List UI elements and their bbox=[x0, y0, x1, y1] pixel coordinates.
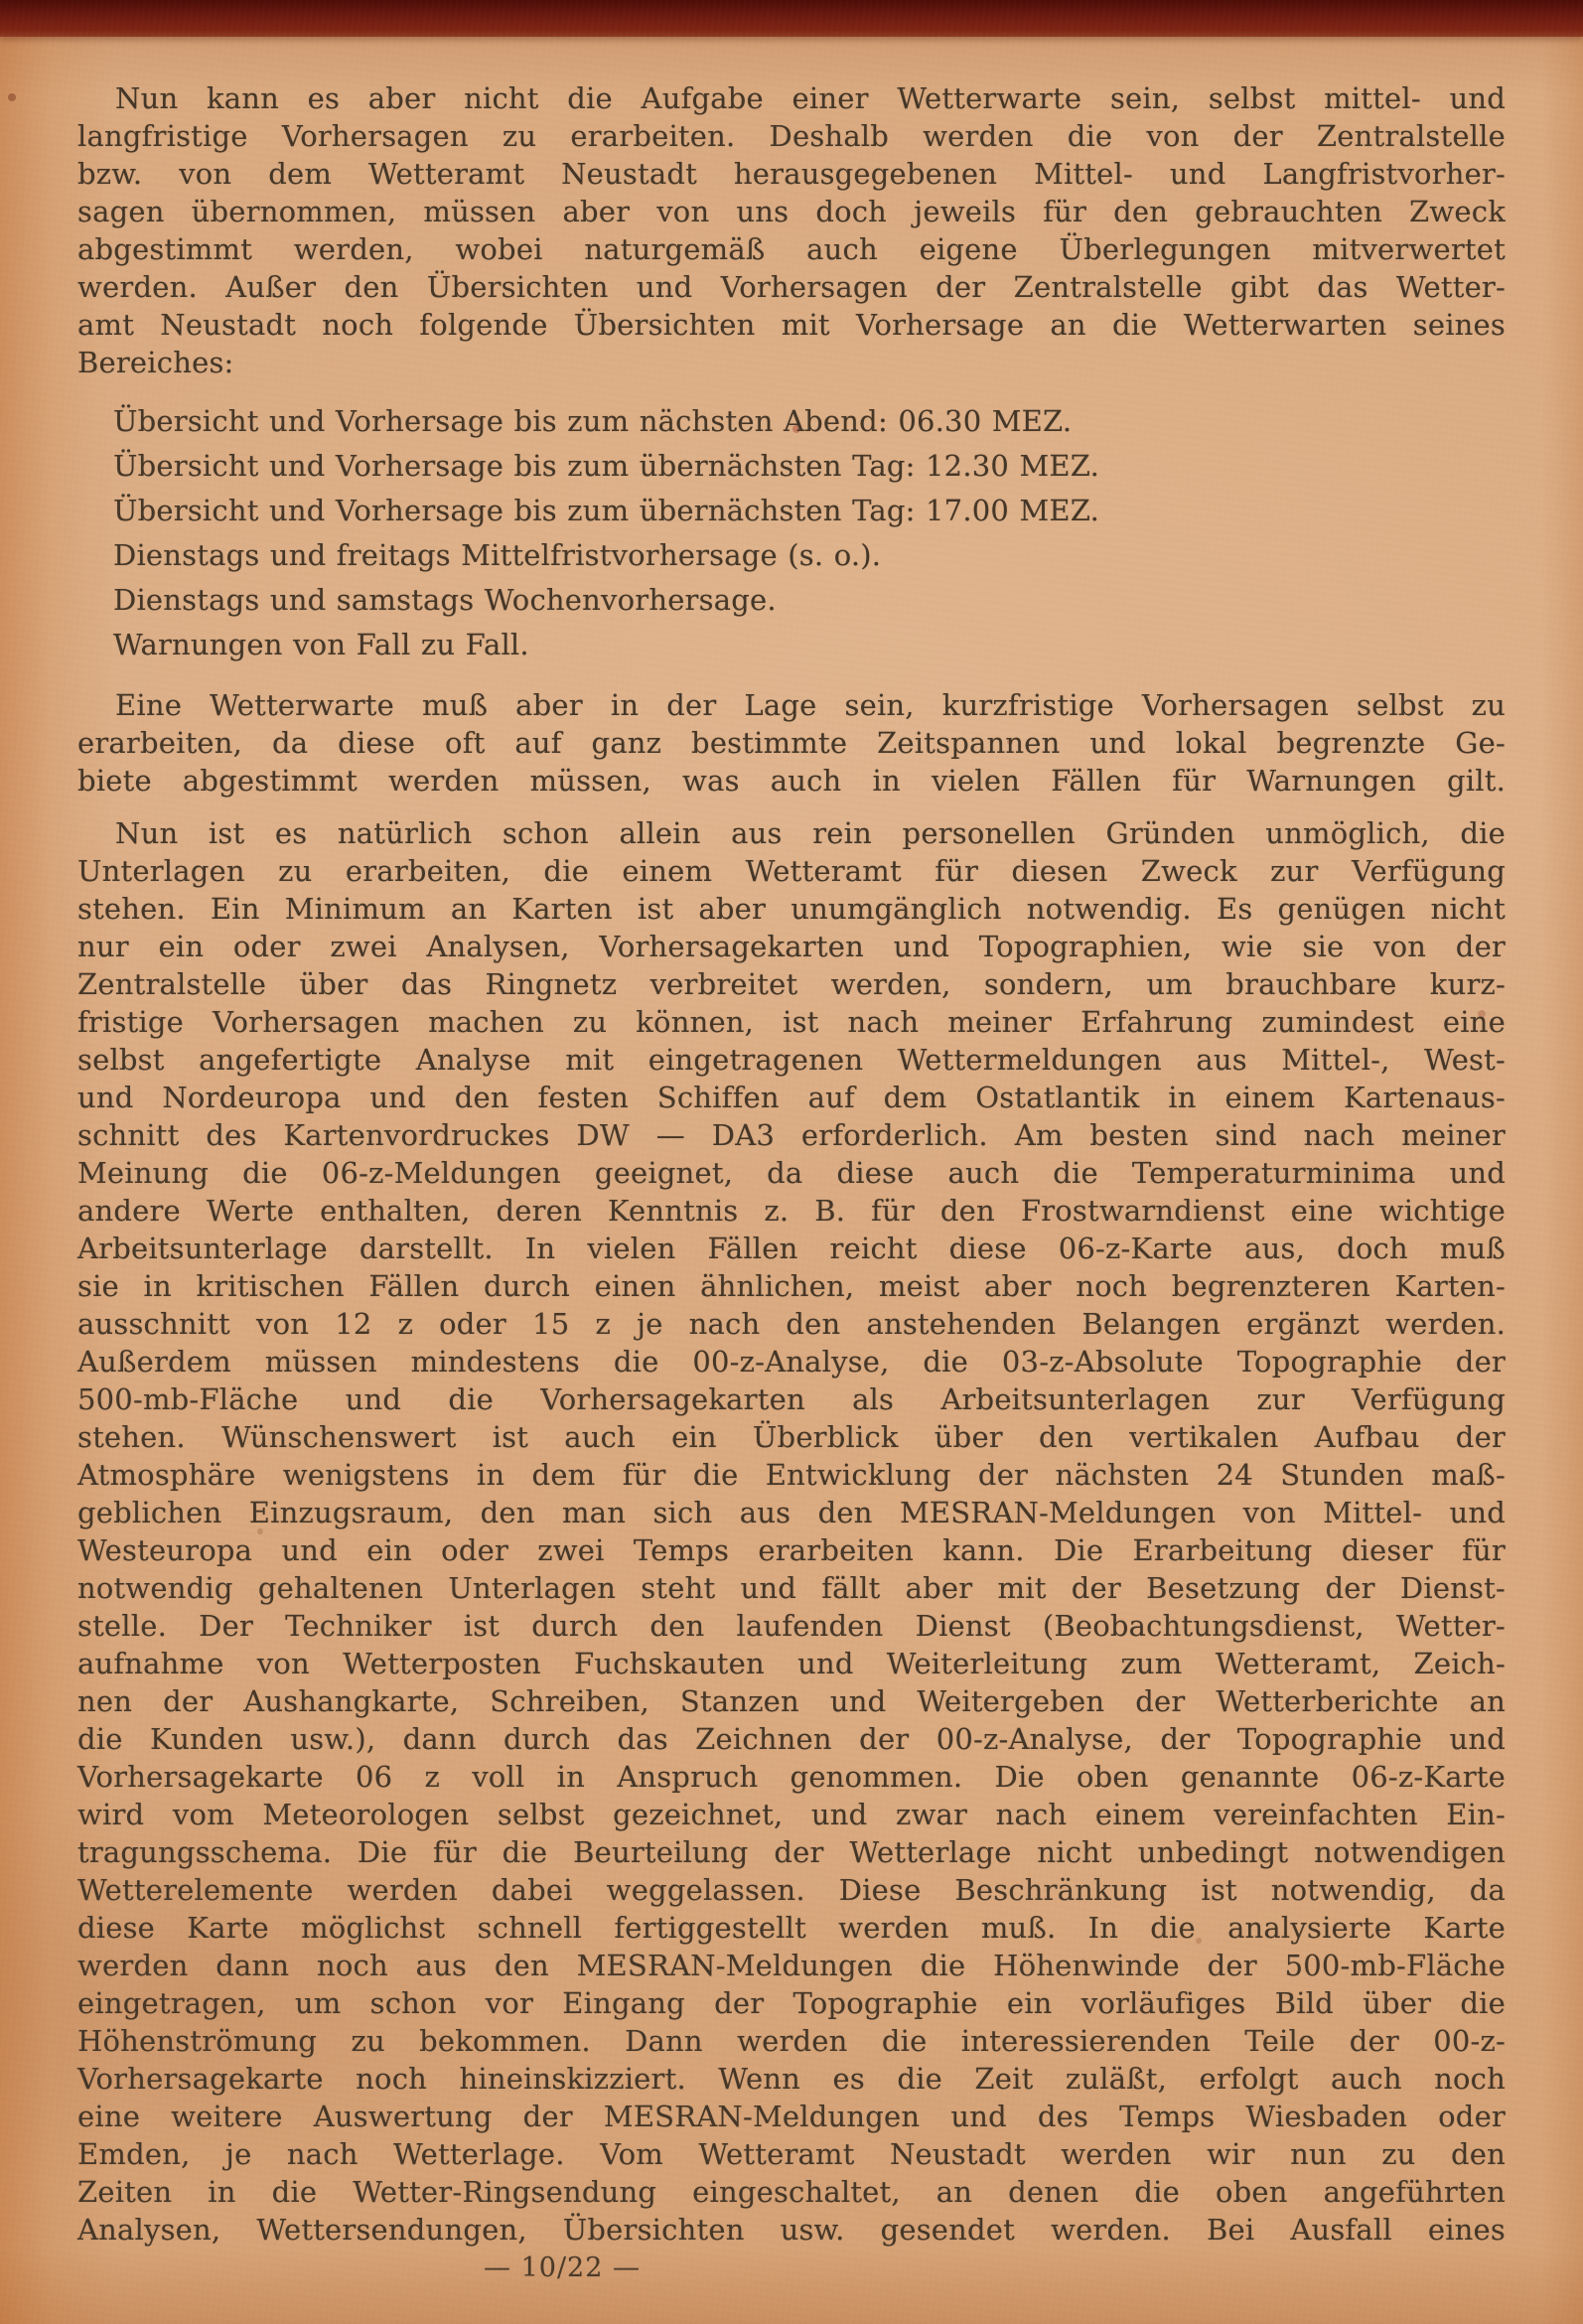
text-line: diese Karte möglichst schnell fertiggest… bbox=[77, 1909, 1506, 1947]
text-line: Außerdem müssen mindestens die 00-z-Anal… bbox=[77, 1343, 1506, 1380]
scanned-document-page: Nun kann es aber nicht die Aufgabe einer… bbox=[0, 0, 1583, 2324]
text-line: Nun ist es natürlich schon allein aus re… bbox=[77, 814, 1506, 852]
text-line: sagen übernommen, müssen aber von uns do… bbox=[77, 193, 1506, 230]
text-line: Atmosphäre wenigstens in dem für die Ent… bbox=[77, 1456, 1506, 1494]
list-item: Dienstags und freitags Mittelfristvorher… bbox=[113, 533, 1506, 578]
paragraph-intro: Nun kann es aber nicht die Aufgabe einer… bbox=[77, 79, 1506, 381]
text-line: langfristige Vorhersagen zu erarbeiten. … bbox=[77, 117, 1506, 155]
list-item: Dienstags und samstags Wochenvorhersage. bbox=[113, 578, 1506, 623]
text-line: Nun kann es aber nicht die Aufgabe einer… bbox=[77, 79, 1506, 117]
text-line: schnitt des Kartenvordruckes DW — DA3 er… bbox=[77, 1116, 1506, 1154]
text-line: amt Neustadt noch folgende Übersichten m… bbox=[77, 306, 1506, 344]
text-line: sie in kritischen Fällen durch einen ähn… bbox=[77, 1267, 1506, 1305]
text-line: Analysen, Wettersendungen, Übersichten u… bbox=[77, 2211, 1506, 2249]
paragraph-arbeitsunterlagen: Nun ist es natürlich schon allein aus re… bbox=[77, 814, 1506, 2249]
text-line: Höhenströmung zu bekommen. Dann werden d… bbox=[77, 2022, 1506, 2060]
text-line: fristige Vorhersagen machen zu können, i… bbox=[77, 1003, 1506, 1041]
text-line: selbst angefertigte Analyse mit eingetra… bbox=[77, 1041, 1506, 1079]
text-line: die Kunden usw.), dann durch das Zeichne… bbox=[77, 1720, 1506, 1758]
text-line: Emden, je nach Wetterlage. Vom Wetteramt… bbox=[77, 2135, 1506, 2173]
text-line: nen der Aushangkarte, Schreiben, Stanzen… bbox=[77, 1682, 1506, 1720]
text-line: und Nordeuropa und den festen Schiffen a… bbox=[77, 1079, 1506, 1116]
text-line: bzw. von dem Wetteramt Neustadt herausge… bbox=[77, 155, 1506, 193]
text-line: andere Werte enthalten, deren Kenntnis z… bbox=[77, 1192, 1506, 1230]
text-line: nur ein oder zwei Analysen, Vorhersageka… bbox=[77, 928, 1506, 965]
text-line: biete abgestimmt werden müssen, was auch… bbox=[77, 762, 1506, 799]
text-line: erarbeiten, da diese oft auf ganz bestim… bbox=[77, 724, 1506, 762]
text-line: Zentralstelle über das Ringnetz verbreit… bbox=[77, 965, 1506, 1003]
text-line: Bereiches: bbox=[77, 344, 1506, 381]
text-line: notwendig gehaltenen Unterlagen steht un… bbox=[77, 1569, 1506, 1607]
page-number: — 10/22 — bbox=[484, 2252, 641, 2283]
text-line: Unterlagen zu erarbeiten, die einem Wett… bbox=[77, 852, 1506, 890]
forecast-schedule-list: Übersicht und Vorhersage bis zum nächste… bbox=[113, 399, 1506, 667]
text-line: abgestimmt werden, wobei naturgemäß auch… bbox=[77, 230, 1506, 268]
text-line: Meinung die 06-z-Meldungen geeignet, da … bbox=[77, 1154, 1506, 1192]
text-line: Zeiten in die Wetter-Ringsendung eingesc… bbox=[77, 2173, 1506, 2211]
text-line: 500-mb-Fläche und die Vorhersagekarten a… bbox=[77, 1380, 1506, 1418]
page-text: Nun kann es aber nicht die Aufgabe einer… bbox=[77, 0, 1506, 2263]
text-line: wird vom Meteorologen selbst gezeichnet,… bbox=[77, 1796, 1506, 1833]
text-line: stehen. Ein Minimum an Karten ist aber u… bbox=[77, 890, 1506, 928]
text-line: werden. Außer den Übersichten und Vorher… bbox=[77, 268, 1506, 306]
text-line: ausschnitt von 12 z oder 15 z je nach de… bbox=[77, 1305, 1506, 1343]
text-line: werden dann noch aus den MESRAN-Meldunge… bbox=[77, 1947, 1506, 1984]
text-line: eine weitere Auswertung der MESRAN-Meldu… bbox=[77, 2098, 1506, 2135]
text-line: Arbeitsunterlage darstellt. In vielen Fä… bbox=[77, 1230, 1506, 1267]
text-line: Vorhersagekarte 06 z voll in Anspruch ge… bbox=[77, 1758, 1506, 1796]
list-item: Übersicht und Vorhersage bis zum übernäc… bbox=[113, 489, 1506, 533]
text-line: eingetragen, um schon vor Eingang der To… bbox=[77, 1984, 1506, 2022]
text-line: Eine Wetterwarte muß aber in der Lage se… bbox=[77, 686, 1506, 724]
text-line: Westeuropa und ein oder zwei Temps erarb… bbox=[77, 1531, 1506, 1569]
list-item: Warnungen von Fall zu Fall. bbox=[113, 623, 1506, 667]
text-line: stehen. Wünschenswert ist auch ein Überb… bbox=[77, 1418, 1506, 1456]
text-line: Vorhersagekarte noch hineinskizziert. We… bbox=[77, 2060, 1506, 2098]
list-item: Übersicht und Vorhersage bis zum nächste… bbox=[113, 399, 1506, 444]
list-item: Übersicht und Vorhersage bis zum übernäc… bbox=[113, 444, 1506, 489]
text-line: tragungsschema. Die für die Beurteilung … bbox=[77, 1833, 1506, 1871]
text-line: geblichen Einzugsraum, den man sich aus … bbox=[77, 1494, 1506, 1531]
paper-specks bbox=[0, 0, 4, 4]
text-line: stelle. Der Techniker ist durch den lauf… bbox=[77, 1607, 1506, 1645]
text-line: aufnahme von Wetterposten Fuchskauten un… bbox=[77, 1645, 1506, 1682]
paragraph-kurzfristige-vorhersagen: Eine Wetterwarte muß aber in der Lage se… bbox=[77, 686, 1506, 799]
text-line: Wetterelemente werden dabei weggelassen.… bbox=[77, 1871, 1506, 1909]
